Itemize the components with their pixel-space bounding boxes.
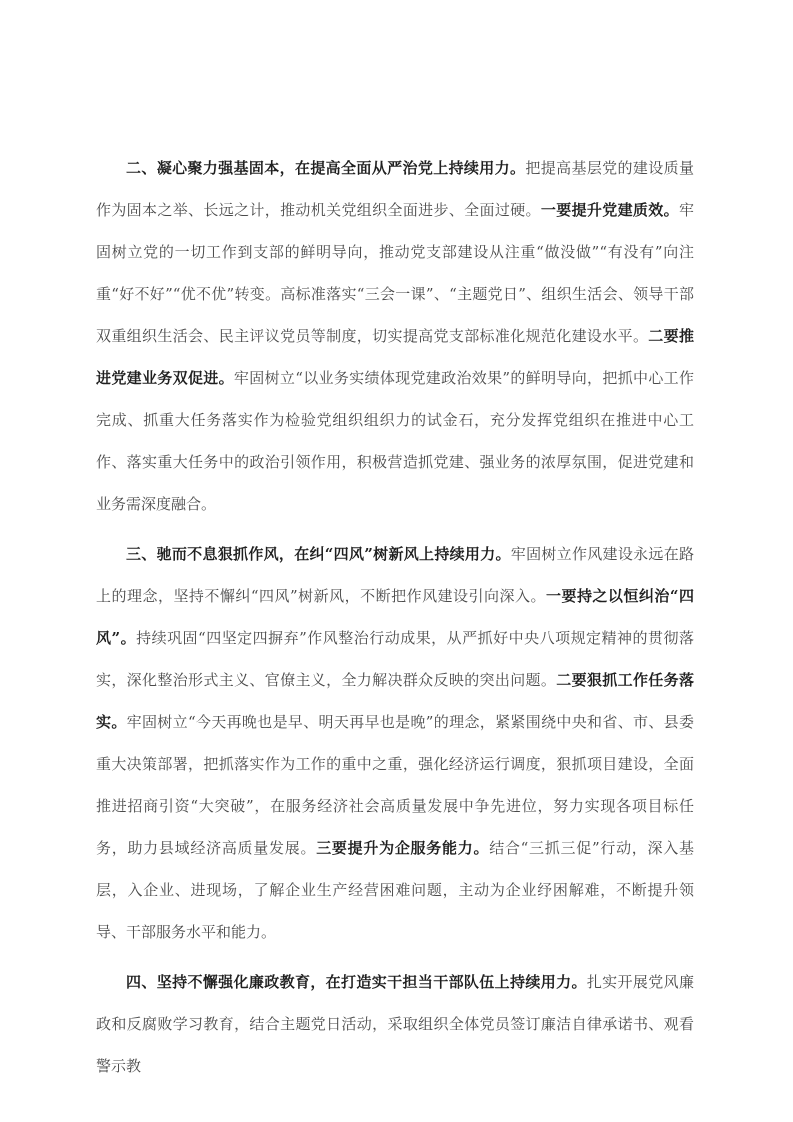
text-run-bold: 二、凝心聚力强基固本，在提高全面从严治党上持续用力。 (126, 159, 525, 177)
text-run: 牢固树立党的一切工作到支部的鲜明导向，推动党支部建设从注重“做没做”“有没有”向… (96, 201, 694, 345)
document-page: 二、凝心聚力强基固本，在提高全面从严治党上持续用力。把提高基层党的建设质量作为固… (0, 0, 793, 1122)
paragraph: 三、驰而不息狠抓作风，在纠“四风”树新风上持续用力。牢固树立作风建设永远在路上的… (96, 533, 694, 953)
text-run-bold: 四、坚持不懈强化廉政教育，在打造实干担当干部队伍上持续用力。 (126, 973, 587, 991)
text-run: 牢固树立“今天再晚也是早、明天再早也是晚”的理念，紧紧围绕中央和省、市、县委重大… (96, 713, 694, 857)
paragraph: 二、凝心聚力强基固本，在提高全面从严治党上持续用力。把提高基层党的建设质量作为固… (96, 147, 694, 525)
text-run-bold: 三要提升为企服务能力。 (316, 839, 489, 857)
text-run: 牢固树立“以业务实绩体现党建政治效果”的鲜明导向，把抓中心工作完成、抓重大任务落… (96, 369, 694, 513)
text-run-bold: 一要提升党建质效。 (541, 201, 679, 219)
text-run-bold: 三、驰而不息狠抓作风，在纠“四风”树新风上持续用力。 (126, 545, 511, 563)
paragraph: 四、坚持不懈强化廉政教育，在打造实干担当干部队伍上持续用力。扎实开展党风廉政和反… (96, 961, 694, 1087)
document-body: 二、凝心聚力强基固本，在提高全面从严治党上持续用力。把提高基层党的建设质量作为固… (96, 147, 694, 1087)
